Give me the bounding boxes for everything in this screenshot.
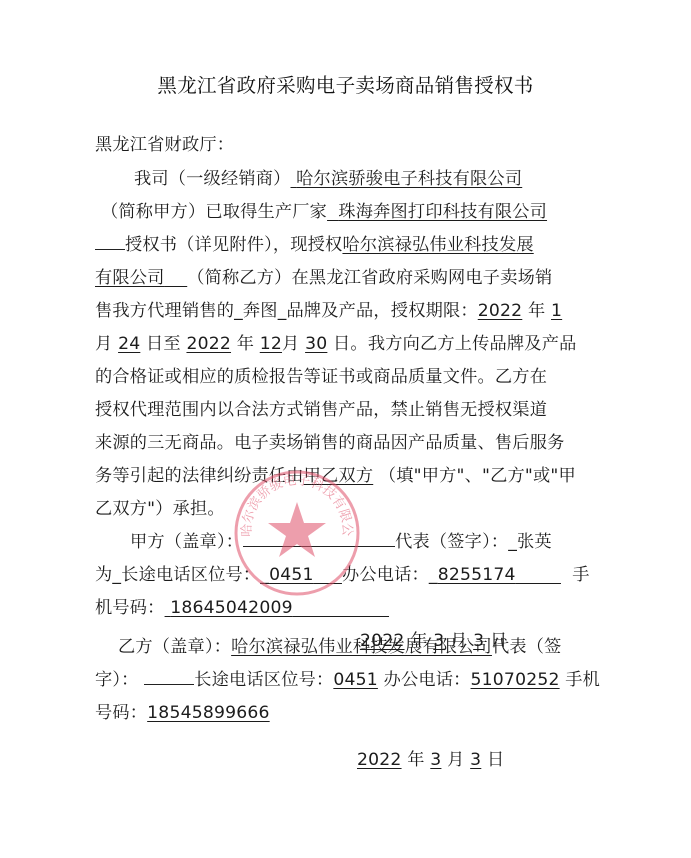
addressee: 黑龙江省财政厅： xyxy=(95,130,234,155)
body-line-7: 的合格证或相应的质检报告等证书或商品质量文件。乙方在 xyxy=(95,362,547,387)
party-a-area-code: 0451 xyxy=(269,565,342,585)
party-a-mobile: 18645042009 xyxy=(165,598,389,618)
distributor-name: 哈尔滨骄骏电子科技有限公司 xyxy=(296,169,522,189)
end-day: 30 xyxy=(305,334,327,354)
party-b-area-code: 0451 xyxy=(333,670,378,690)
body-line-11: 乙双方"）承担。 xyxy=(95,494,225,519)
body-line-10: 务等引起的法律纠纷责任由甲乙双方 （填"甲方"、"乙方"或"甲 xyxy=(95,461,576,486)
brand-name: 奔图 xyxy=(243,301,278,321)
start-month: 1 xyxy=(551,301,562,321)
body-line-3: 授权书（详见附件），现授权哈尔滨禄弘伟业科技发展 xyxy=(95,230,534,255)
body-line-9: 来源的三无商品。电子卖场销售的商品因产品质量、售后服务 xyxy=(95,428,564,453)
party-b-date: 2022 年 3 月 3 日 xyxy=(357,745,504,770)
blank-field xyxy=(95,235,125,250)
body-line-2: （简称甲方）已取得生产厂家 珠海奔图打印科技有限公司 xyxy=(101,197,547,222)
document-title: 黑龙江省政府采购电子卖场商品销售授权书 xyxy=(0,70,691,98)
party-b-mobile-line: 号码：18545899666 xyxy=(95,698,270,723)
party-b-office-phone: 51070252 xyxy=(471,670,560,690)
body-line-8: 授权代理范围内以合法方式销售产品，禁止销售无授权渠道 xyxy=(95,395,547,420)
party-a-office-phone: 8255174 xyxy=(438,565,561,585)
party-b-seal-row: 乙方（盖章）：哈尔滨禄弘伟业科技发展有限公司代表（签 xyxy=(118,632,562,657)
party-a-seal-blank xyxy=(243,532,395,547)
responsible-party: 甲乙双方 xyxy=(304,466,374,486)
body-line-6: 月 24 日至 2022 年 12月 30 日。我方向乙方上传品牌及产品 xyxy=(95,329,576,354)
party-a-phone-line: 为_长途电话区位号：_0451 办公电话：_8255174 手 xyxy=(95,560,590,585)
authorized-company-b: 有限公司 xyxy=(95,268,165,288)
manufacturer-name: 珠海奔图打印科技有限公司 xyxy=(338,202,547,222)
party-b-signature-blank xyxy=(144,670,194,685)
end-year: 2022 xyxy=(186,334,231,354)
authorized-company-a: 哈尔滨禄弘伟业科技发展 xyxy=(342,235,533,255)
body-line-5: 售我方代理销售的_奔图_品牌及产品，授权期限：2022 年 1 xyxy=(95,296,562,321)
body-line-1: 我司（一级经销商） 哈尔滨骄骏电子科技有限公司 xyxy=(134,164,522,189)
party-a-mobile-line: 机号码： 18645042009 xyxy=(95,593,389,618)
body-line-4: 有限公司 （简称乙方）在黑龙江省政府采购网电子卖场销 xyxy=(95,263,552,288)
party-b-phone-line: 字）： 长途电话区位号：0451 办公电话：51070252 手机 xyxy=(95,665,600,690)
end-month: 12 xyxy=(260,334,282,354)
party-a-seal-line: 甲方（盖章）：代表（签字）：_张英 xyxy=(130,527,552,552)
start-year: 2022 xyxy=(478,301,523,321)
party-b-mobile: 18545899666 xyxy=(147,703,270,723)
start-day: 24 xyxy=(118,334,140,354)
party-b-company: 哈尔滨禄弘伟业科技发展有限公司 xyxy=(231,637,492,657)
